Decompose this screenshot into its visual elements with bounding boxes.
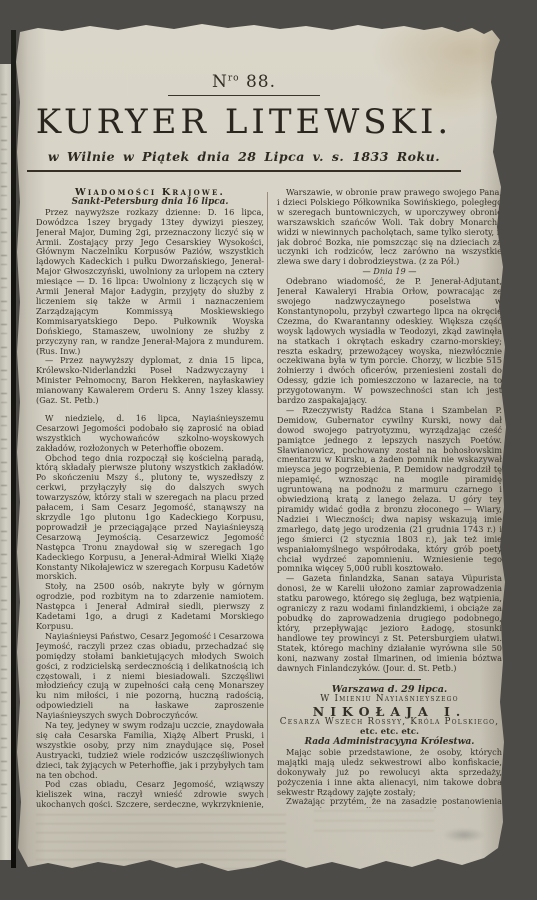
paragraph: Obchod tego dnia rozpoczął się kościelną…: [36, 454, 264, 583]
paragraph: — Gazeta finlandzka, Sanan sataya Vüpuri…: [277, 574, 502, 673]
masthead: Nro 88. KURYER LITEWSKI. w Wilnie w Piąt…: [14, 72, 474, 172]
masthead-dateline: w Wilnie w Piątek dnia 28 Lipca v. s. 18…: [14, 149, 474, 164]
issue-number: Nro 88.: [14, 72, 474, 92]
show-through-text: [314, 810, 434, 840]
paper-title: KURYER LITEWSKI.: [14, 102, 474, 142]
spine-gutter: [11, 30, 16, 868]
column-divider: [267, 192, 268, 798]
paragraph: W niedzielę, d. 16 lipca, Nayiaśnieyszem…: [36, 414, 264, 454]
issue-superscript: ro: [228, 73, 240, 83]
scan-background: Nro 88. KURYER LITEWSKI. w Wilnie w Piąt…: [0, 0, 537, 900]
masthead-rule: [27, 170, 461, 172]
article-columns: Wiadomości Krajowe.Sankt-Petersburg dnia…: [14, 188, 506, 810]
paragraph: Pod czas obiadu, Cesarz Jegomość, wziąws…: [36, 780, 264, 808]
column-left: Wiadomości Krajowe.Sankt-Petersburg dnia…: [36, 188, 264, 808]
paragraph: Przez naywyższe rozkazy dzienne: D. 16 l…: [36, 208, 264, 357]
adjacent-page-text-marks: [1, 94, 7, 824]
paragraph: Zważając przytém, że na zasadzie postano…: [277, 797, 502, 808]
paragraph: Mając sobie przedstawione, że osoby, któ…: [277, 748, 502, 798]
paragraph: — Przez naywyższy dyplomat, z dnia 15 li…: [36, 356, 264, 406]
ink-smudge: [434, 822, 494, 848]
paragraph: Nayiaśnieysi Państwo, Cesarz Jegomość i …: [36, 632, 264, 721]
issue-rule: [168, 95, 320, 96]
paragraph: Stoły, na 2500 osób, nakryte były w górn…: [36, 582, 264, 632]
newspaper-page: Nro 88. KURYER LITEWSKI. w Wilnie w Piąt…: [14, 22, 506, 872]
column-right: Warszawie, w obronie praw prawego swojeg…: [277, 188, 502, 808]
show-through-text: [36, 814, 286, 870]
paragraph: Odebrano wiadomość, że P. Jenerał-Adjuta…: [277, 277, 502, 406]
paragraph: Na tey, jedyney w swym rodzaju uczcie, z…: [36, 721, 264, 780]
divider-rule: [359, 679, 421, 680]
paragraph: — Rzeczywisty Radźca Stana i Szambelan P…: [277, 406, 502, 574]
paragraph: Warszawie, w obronie praw prawego swojeg…: [277, 188, 502, 267]
